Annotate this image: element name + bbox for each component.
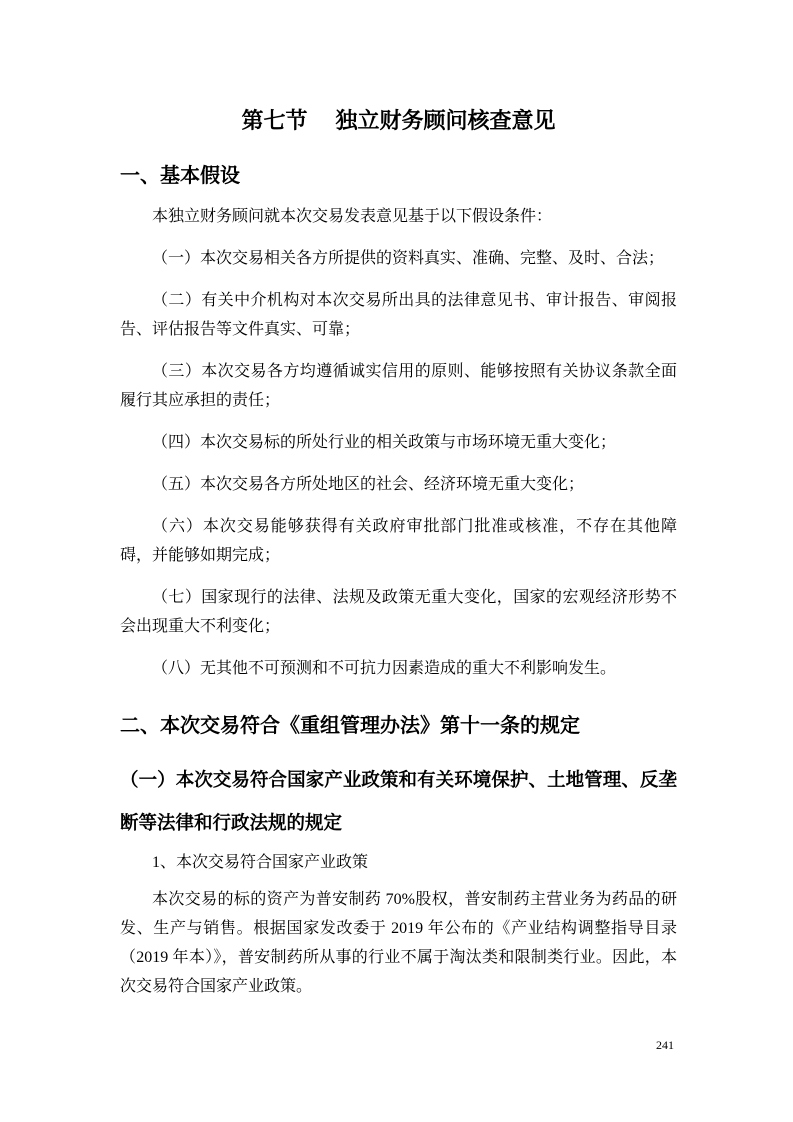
point-1-body: 本次交易的标的资产为普安制药 70%股权，普安制药主营业务为药品的研发、生产与销…	[120, 885, 677, 1001]
section-1-intro: 本独立财务顾问就本次交易发表意见基于以下假设条件：	[120, 202, 677, 231]
assumption-item-6: （六）本次交易能够获得有关政府审批部门批准或核准，不存在其他障碍，并能够如期完成…	[120, 512, 677, 570]
assumption-item-2: （二）有关中介机构对本次交易所出具的法律意见书、审计报告、审阅报告、评估报告等文…	[120, 286, 677, 344]
section-2-heading: 二、本次交易符合《重组管理办法》第十一条的规定	[120, 712, 677, 740]
assumption-item-3: （三）本次交易各方均遵循诚实信用的原则、能够按照有关协议条款全面履行其应承担的责…	[120, 357, 677, 415]
assumption-item-8: （八）无其他不可预测和不可抗力因素造成的重大不利影响发生。	[120, 654, 677, 683]
page-number: 241	[120, 1038, 674, 1052]
point-1-heading: 1、本次交易符合国家产业政策	[120, 848, 677, 877]
assumption-item-5: （五）本次交易各方所处地区的社会、经济环境无重大变化；	[120, 470, 677, 499]
assumption-item-7: （七）国家现行的法律、法规及政策无重大变化，国家的宏观经济形势不会出现重大不利变…	[120, 583, 677, 641]
document-page: 第七节 独立财务顾问核查意见 一、基本假设 本独立财务顾问就本次交易发表意见基于…	[0, 0, 793, 1122]
assumption-item-1: （一）本次交易相关各方所提供的资料真实、准确、完整、及时、合法；	[120, 244, 677, 273]
assumption-item-4: （四）本次交易标的所处行业的相关政策与市场环境无重大变化；	[120, 428, 677, 457]
section-1-heading: 一、基本假设	[120, 162, 677, 190]
section-2-subsection-1-heading: （一）本次交易符合国家产业政策和有关环境保护、土地管理、反垄断等法律和行政法规的…	[120, 758, 677, 844]
page-title: 第七节 独立财务顾问核查意见	[120, 104, 677, 138]
